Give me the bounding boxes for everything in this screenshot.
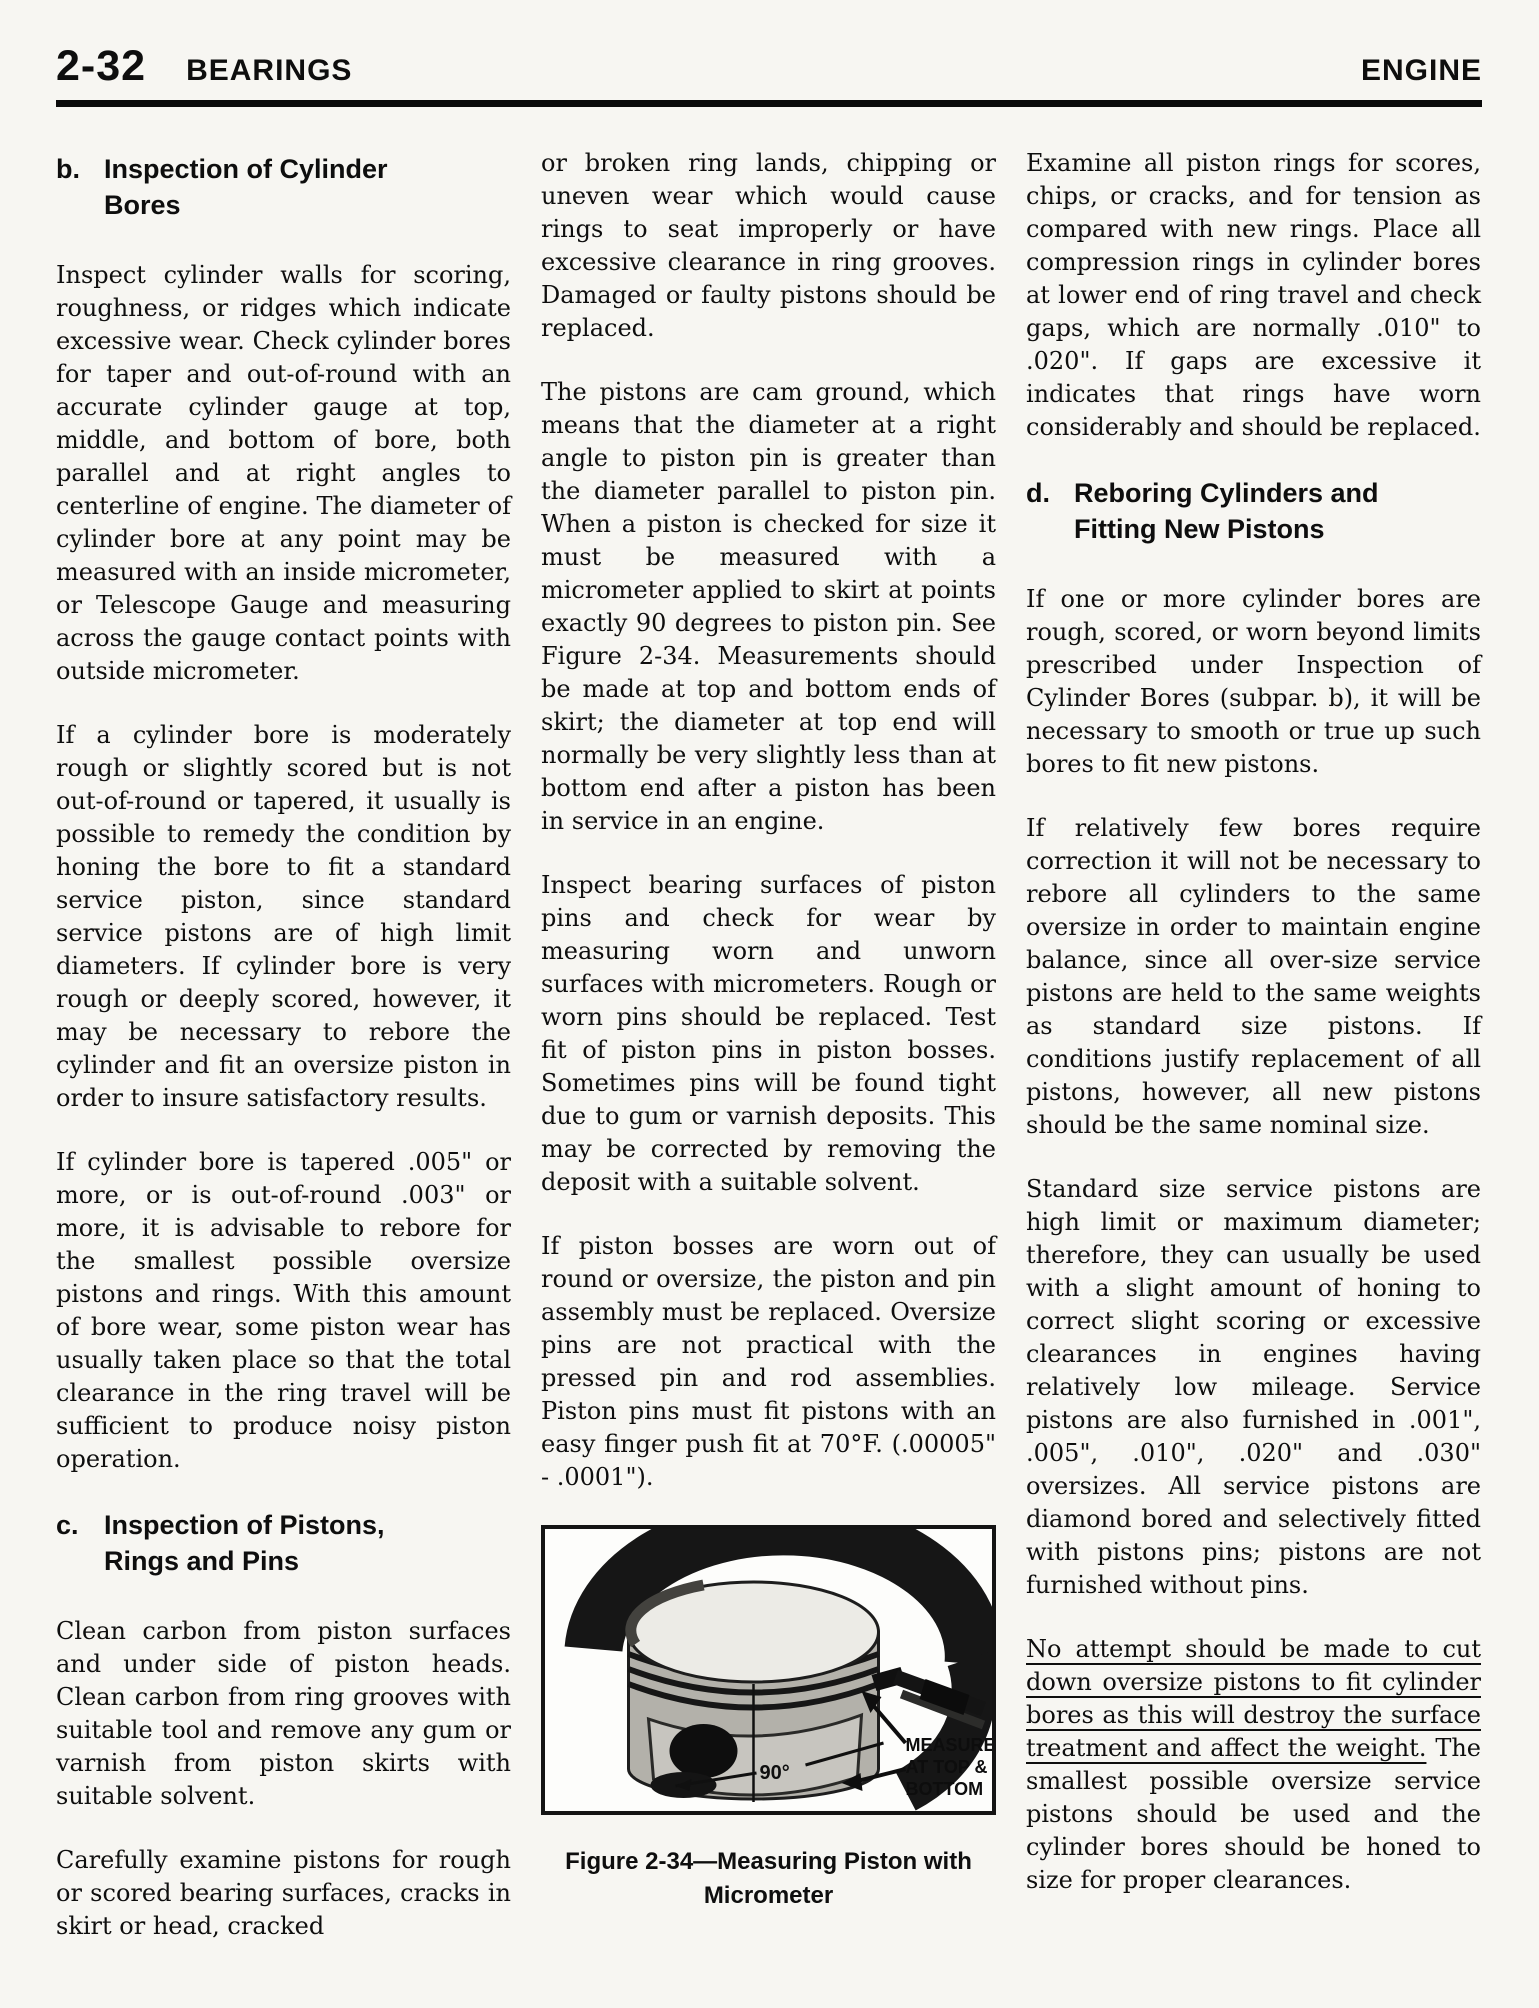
svg-text:MEASURE: MEASURE xyxy=(906,1735,993,1755)
piston-micrometer-photo: 90° xyxy=(545,1529,992,1811)
piston xyxy=(629,1582,879,1802)
section-index: b. xyxy=(56,151,104,223)
paragraph: If cylinder bore is tapered .005" or mor… xyxy=(56,1146,511,1476)
header-rule xyxy=(56,100,1482,107)
svg-text:BOTTOM: BOTTOM xyxy=(906,1779,984,1799)
page-header: 2-32 BEARINGS ENGINE xyxy=(56,42,1482,91)
section-title: Inspection of CylinderBores xyxy=(104,151,388,223)
svg-text:AT TOP &: AT TOP & xyxy=(906,1757,988,1777)
column-3: Examine all piston rings for scores, chi… xyxy=(1026,147,1481,1974)
paragraph: If a cylinder bore is moderately rough o… xyxy=(56,719,511,1115)
column-2: or broken ring lands, chipping or uneven… xyxy=(541,147,996,1974)
paragraph: Inspect bearing surfaces of piston pins … xyxy=(541,869,996,1199)
figure-2-34: 90° xyxy=(541,1525,996,1815)
section-title: Reboring Cylinders andFitting New Piston… xyxy=(1074,475,1379,547)
measure-annotation: MEASURE AT TOP & BOTTOM xyxy=(906,1735,993,1799)
section-index: d. xyxy=(1026,475,1074,547)
paragraph: Examine all piston rings for scores, chi… xyxy=(1026,147,1481,444)
paragraph: If relatively few bores require correcti… xyxy=(1026,812,1481,1142)
section-title-right: ENGINE xyxy=(1361,54,1482,88)
paragraph: Inspect cylinder walls for scoring, roug… xyxy=(56,259,511,688)
paragraph: Standard size service pistons are high l… xyxy=(1026,1173,1481,1602)
page-number: 2-32 xyxy=(56,42,146,91)
paragraph: Clean carbon from piston surfaces and un… xyxy=(56,1615,511,1813)
underlined-warning: No attempt should be made to cut down ov… xyxy=(1026,1635,1481,1762)
section-title: Inspection of Pistons,Rings and Pins xyxy=(104,1507,385,1579)
section-index: c. xyxy=(56,1507,104,1579)
paragraph-underlined-note: No attempt should be made to cut down ov… xyxy=(1026,1633,1481,1897)
section-heading-d: d. Reboring Cylinders andFitting New Pis… xyxy=(1026,475,1481,547)
manual-page: 2-32 BEARINGS ENGINE b. Inspection of Cy… xyxy=(0,0,1539,2008)
section-heading-b: b. Inspection of CylinderBores xyxy=(56,151,511,223)
paragraph: If one or more cylinder bores are rough,… xyxy=(1026,583,1481,781)
text-columns: b. Inspection of CylinderBores Inspect c… xyxy=(56,147,1482,1974)
column-1: b. Inspection of CylinderBores Inspect c… xyxy=(56,147,511,1974)
paragraph: Carefully examine pistons for rough or s… xyxy=(56,1844,511,1943)
figure-caption: Figure 2-34—Measuring Piston with Microm… xyxy=(541,1845,996,1913)
angle-label: 90° xyxy=(760,1762,790,1784)
paragraph: The pistons are cam ground, which means … xyxy=(541,376,996,838)
paragraph: or broken ring lands, chipping or uneven… xyxy=(541,147,996,345)
section-title-left: BEARINGS xyxy=(186,54,352,88)
section-heading-c: c. Inspection of Pistons,Rings and Pins xyxy=(56,1507,511,1579)
header-left: 2-32 BEARINGS xyxy=(56,42,352,91)
paragraph: If piston bosses are worn out of round o… xyxy=(541,1230,996,1494)
